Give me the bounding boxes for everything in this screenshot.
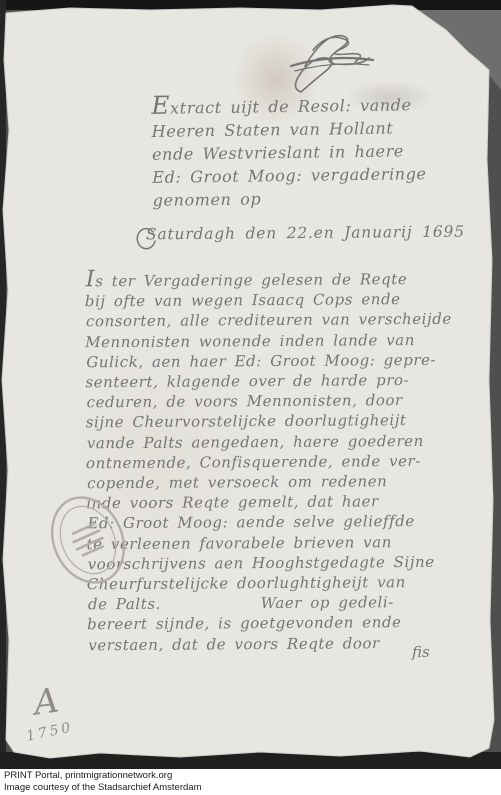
image-caption: PRINT Portal, printmigrationnetwork.org … <box>4 770 201 794</box>
manuscript-line: consorten, alle crediteuren van verschei… <box>86 309 458 332</box>
manuscript-line: Is ter Vergaderinge gelesen de Reqte <box>86 267 458 292</box>
manuscript-date-line: Saturdagh den 22.en Januarij 1695 <box>146 223 465 244</box>
manuscript-line: Gulick, aen haer Ed: Groot Moog: gepre- <box>86 350 458 373</box>
heading-line: Extract uijt de Resol: vande <box>151 90 426 120</box>
manuscript-line: verstaen, dat de voors Reqte door <box>88 632 460 655</box>
handwritten-flourish-mark <box>255 22 385 97</box>
archive-stamp <box>46 490 132 590</box>
manuscript-line: te verleenen favorabele brieven van <box>87 531 459 554</box>
manuscript-line: bij ofte van wegen Isaacq Cops ende <box>85 289 457 312</box>
manuscript-line: inde voors Reqte gemelt, dat haer <box>86 491 458 514</box>
manuscript-line: de Palts. Waer op gedeli- <box>88 592 460 615</box>
manuscript-line: ceduren, de voors Mennonisten, door <box>87 390 459 413</box>
manuscript-line: Ed: Groot Moog: aende selve gelieffde <box>87 511 459 534</box>
pencil-letter-annotation: A <box>31 680 61 723</box>
manuscript-line: sijne Cheurvorstelijcke doorlugtigheijt <box>86 410 458 433</box>
manuscript-heading: Extract uijt de Resol: vande Heeren Stat… <box>151 90 427 212</box>
manuscript-line: senteert, klagende over de harde pro- <box>85 370 457 393</box>
manuscript-body: Is ter Vergaderinge gelesen de Reqte bij… <box>85 267 460 655</box>
manuscript-line: copende, met versoeck om redenen <box>87 471 459 494</box>
caption-source-line: PRINT Portal, printmigrationnetwork.org <box>4 770 201 782</box>
manuscript-scan: Extract uijt de Resol: vande Heeren Stat… <box>0 0 501 769</box>
heading-line: Ed: Groot Moog: vergaderinge <box>152 162 427 189</box>
caption-courtesy-line: Image courtesy of the Stadsarchief Amste… <box>4 782 201 794</box>
manuscript-line: ontnemende, Confisquerende, ende ver- <box>86 451 458 474</box>
manuscript-line: vande Palts aengedaen, haere goederen <box>87 430 459 453</box>
catchword: fis <box>412 643 430 661</box>
heading-line: genomen op <box>153 185 428 212</box>
manuscript-line: voorschrijvens aen Hooghstgedagte Sijne <box>88 552 460 575</box>
manuscript-line: bereert sijnde, is goetgevonden ende <box>87 612 459 635</box>
manuscript-line: Mennonisten wonende inden lande van <box>85 329 457 352</box>
manuscript-line: Cheurfurstelijcke doorlughtigheijt van <box>87 572 459 595</box>
